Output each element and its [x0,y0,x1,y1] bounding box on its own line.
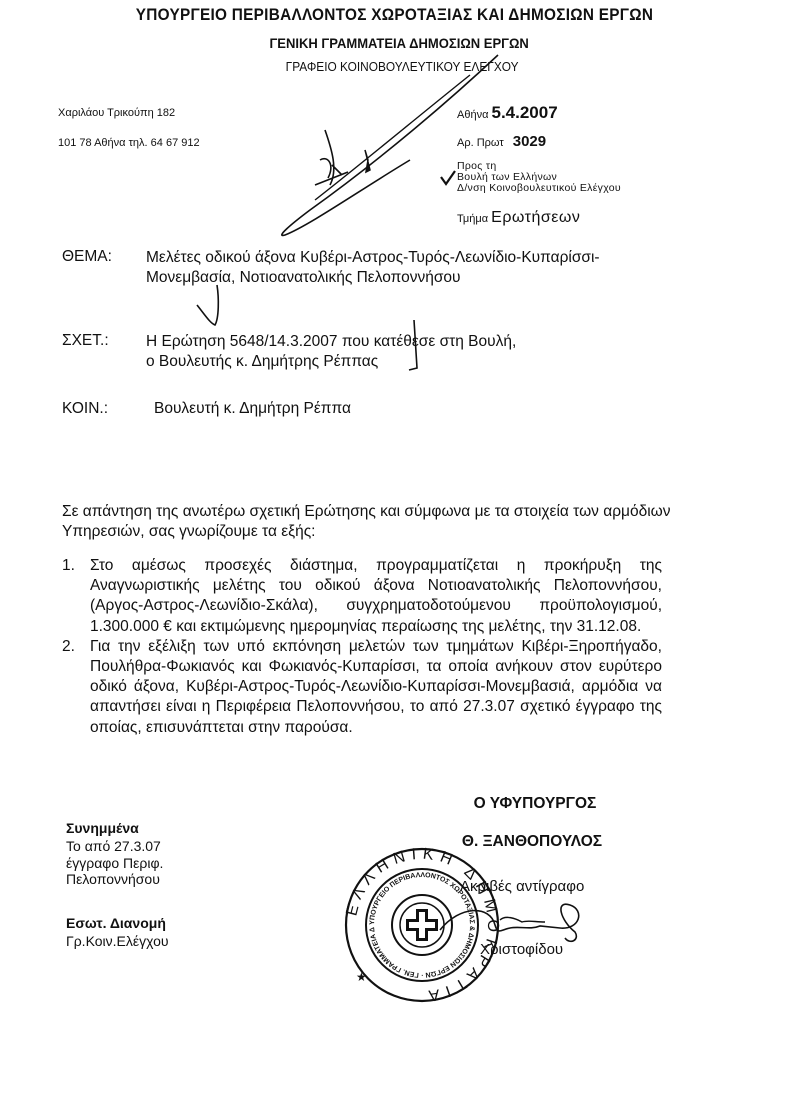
subject-label: ΘΕΜΑ: [62,248,112,266]
dept-value: Ερωτήσεων [491,209,580,226]
handwritten-tick-icon [195,283,235,328]
list-item: 1. Στο αμέσως προσεχές διάστημα, προγραμ… [62,556,662,637]
attachment-line: έγγραφο Περιφ. [66,855,163,872]
svg-text:★: ★ [356,970,367,984]
list-text: Για την εξέλιξη των υπό εκπόνηση μελετών… [90,638,662,736]
attachment-line: Πελοποννήσου [66,871,163,888]
list-number: 2. [62,637,75,657]
sender-address: Χαριλάου Τρικούπη 182 [58,107,175,119]
list-text: Στο αμέσως προσεχές διάστημα, προγραμματ… [90,557,662,635]
document-date: Αθήνα 5.4.2007 [457,103,558,123]
subject-line: Μελέτες οδικού άξονα Κυβέρι-Αστρος-Τυρός… [146,248,706,268]
distribution-value: Γρ.Κοιν.Ελέγχου [66,933,169,949]
reference-label: ΣΧΕΤ.: [62,332,109,350]
handwritten-bracket-icon [408,318,428,374]
date-value: 5.4.2007 [492,103,558,122]
sender-contact: 101 78 Αθήνα τηλ. 64 67 912 [58,137,200,149]
distribution-heading: Εσωτ. Διανομή [66,915,166,931]
recipient-line: Δ/νση Κοινοβουλευτικού Ελέγχου [457,183,621,194]
certified-copy-signer: Χριστοφίδου [480,941,563,958]
signatory-role: Ο ΥΦΥΠΟΥΡΓΟΣ [450,795,620,813]
reference-text: Η Ερώτηση 5648/14.3.2007 που κατέθεσε στ… [146,332,516,372]
reference-line: ο Βουλευτής κ. Δημήτρης Ρέππας [146,352,516,372]
checkmark-icon [440,170,456,186]
list-number: 1. [62,556,75,576]
protocol-number: Αρ. Πρωτ 3029 [457,133,546,150]
attachment-line: Το από 27.3.07 [66,838,163,855]
cc-label: ΚΟΙΝ.: [62,400,108,418]
dept-label: Τμήμα [457,213,488,225]
certified-copy-note: Ακριβές αντίγραφο [460,878,584,895]
attachments-list: Το από 27.3.07 έγγραφο Περιφ. Πελοποννήσ… [66,838,163,888]
intro-paragraph: Σε απάντηση της ανωτέρω σχετική Ερώτησης… [62,502,682,542]
response-list: 1. Στο αμέσως προσεχές διάστημα, προγραμ… [62,556,662,738]
protocol-value: 3029 [513,133,546,150]
department: Τμήμα Ερωτήσεων [457,209,580,227]
protocol-label: Αρ. Πρωτ [457,137,504,149]
date-label: Αθήνα [457,109,488,121]
recipient-block: Προς τη Βουλή των Ελλήνων Δ/νση Κοινοβου… [457,161,621,194]
reference-line: Η Ερώτηση 5648/14.3.2007 που κατέθεσε στ… [146,332,516,352]
ministry-heading: ΥΠΟΥΡΓΕΙΟ ΠΕΡΙΒΑΛΛΟΝΤΟΣ ΧΩΡΟΤΑΞΙΑΣ ΚΑΙ Δ… [28,6,762,25]
secretariat-heading: ΓΕΝΙΚΗ ΓΡΑΜΜΑΤΕΙΑ ΔΗΜΟΣΙΩΝ ΕΡΓΩΝ [28,35,762,51]
cc-value: Βουλευτή κ. Δημήτρη Ρέππα [154,400,351,418]
attachments-heading: Συνημμένα [66,820,139,836]
list-item: 2. Για την εξέλιξη των υπό εκπόνηση μελε… [62,637,662,738]
handwritten-signature-icon [270,60,470,240]
subject-text: Μελέτες οδικού άξονα Κυβέρι-Αστρος-Τυρός… [146,248,706,288]
